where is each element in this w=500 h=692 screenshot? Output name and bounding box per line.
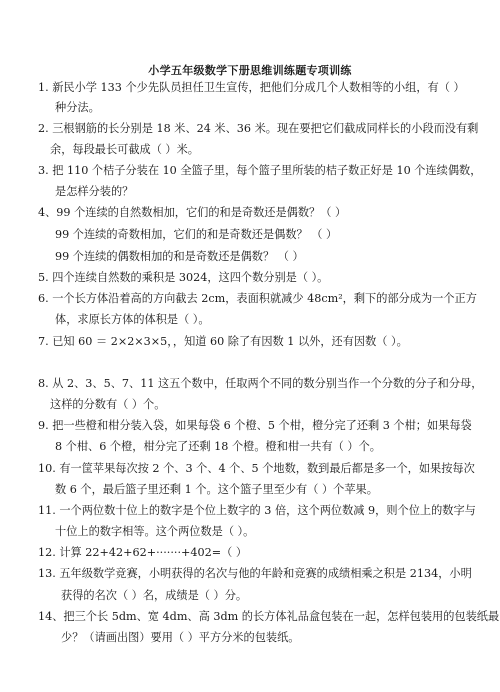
question-line: 99 个连续的奇数相加，它们的和是奇数还是偶数？ （ ） bbox=[55, 228, 337, 242]
question-line: 余，每段最长可截成（ ）米。 bbox=[50, 143, 199, 157]
question-line: 12. 计算 22+42+62+·······+402=（ ） bbox=[38, 546, 247, 560]
question-line: 8 个柑、6 个橙，柑分完了还剩 18 个橙。橙和柑一共有（ ）个。 bbox=[55, 440, 381, 454]
question-line: 4、99 个连续的自然数相加，它们的和是奇数还是偶数？（ ） bbox=[38, 206, 346, 220]
question-line: 5. 四个连续自然数的乘积是 3024，这四个数分别是（ ）。 bbox=[38, 271, 328, 285]
question-line: 99 个连续的偶数相加的和是奇数还是偶数？ （ ） bbox=[55, 250, 304, 264]
question-line: 是怎样分装的？ bbox=[55, 185, 133, 199]
question-line: 体，求原长方体的体积是（ ）。 bbox=[55, 313, 210, 327]
question-line: 11. 一个两位数十位上的数字是个位上数字的 3 倍，这个两位数减 9，则个位上… bbox=[38, 504, 476, 518]
question-line: 获得的名次（ ）名，成绩是（ ）分。 bbox=[61, 589, 247, 603]
question-line: 8. 从 2、3、5、7、11 这五个数中，任取两个不同的数分别当作一个分数的分… bbox=[38, 377, 482, 391]
worksheet-page: 小学五年级数学下册思维训练题专项训练 1. 新民小学 133 个少先队员担任卫生… bbox=[0, 0, 500, 692]
question-line: 1. 新民小学 133 个少先队员担任卫生宣传，把他们分成几个人数相等的小组，有… bbox=[38, 81, 465, 95]
question-line: 9. 把一些橙和柑分装入袋，如果每袋 6 个橙、5 个柑，橙分完了还剩 3 个柑… bbox=[38, 419, 472, 433]
question-line: 10. 有一筐苹果每次按 2 个、3 个、4 个、5 个地数，数到最后都是多一个… bbox=[38, 462, 475, 476]
question-line: 种分法。 bbox=[55, 101, 100, 115]
question-line: 7. 已知 60 ＝ 2×2×3×5，，知道 60 除了有因数 1 以外，还有因… bbox=[38, 335, 408, 349]
question-line: 2. 三根钢筋的长分别是 18 米、24 米、36 米。现在要把它们截成同样长的… bbox=[38, 122, 478, 136]
question-line: 这样的分数有（ ）个。 bbox=[50, 398, 165, 412]
question-line: 数 6 个，最后篮子里还剩 1 个。这个篮子里至少有（ ）个苹果。 bbox=[55, 483, 378, 497]
question-line: 14、把三个长 5dm、宽 4dm、高 3dm 的长方体礼品盒包装在一起，怎样包… bbox=[38, 610, 499, 624]
question-line: 少？（请画出图）要用（ ）平方分米的包装纸。 bbox=[61, 631, 300, 645]
question-line: 6. 一个长方体沿着高的方向截去 2cm，表面积就减少 48cm²，剩下的部分成… bbox=[38, 292, 477, 306]
question-line: 十位上的数字相等。这个两位数是（ ）。 bbox=[55, 525, 254, 539]
question-line: 13. 五年级数学竞赛，小明获得的名次与他的年龄和竞赛的成绩相乘之积是 2134… bbox=[38, 567, 472, 581]
question-line: 3. 把 110 个桔子分装在 10 全篮子里，每个篮子里所装的桔子数正好是 1… bbox=[38, 164, 481, 178]
worksheet-title: 小学五年级数学下册思维训练题专项训练 bbox=[0, 62, 500, 78]
